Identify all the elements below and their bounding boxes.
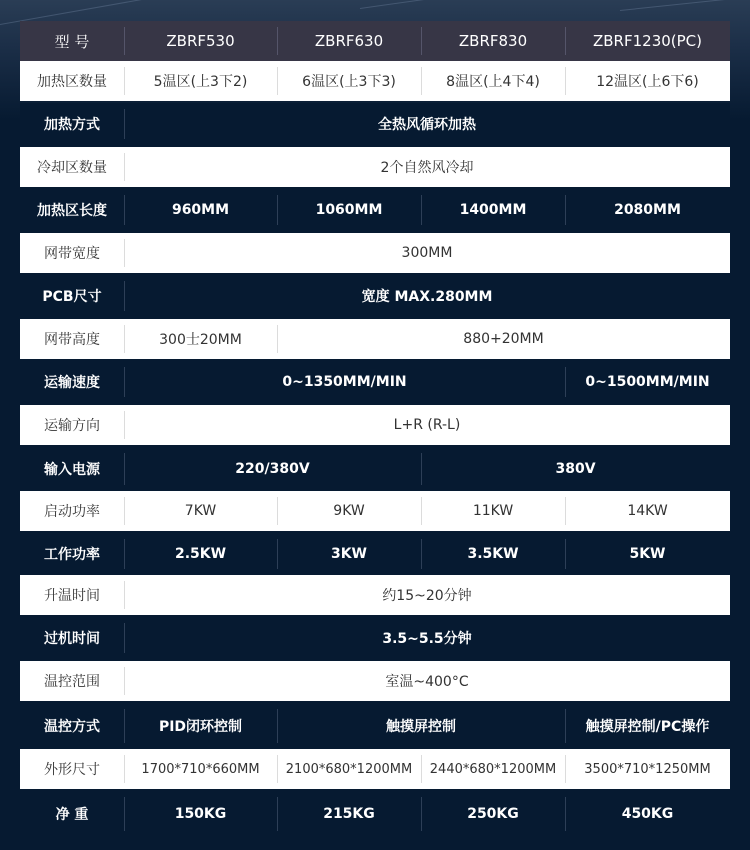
row-value: 9KW [277, 491, 421, 531]
row-value: 1060MM [277, 189, 421, 231]
row-value: 880+20MM [277, 319, 730, 359]
row-label: 加热区数量 [20, 61, 124, 101]
row-value: 450KG [565, 791, 730, 837]
row-value: 2080MM [565, 189, 730, 231]
table-row: 升温时间 约15~20分钟 [20, 575, 730, 615]
table-row: PCB尺寸 宽度 MAX.280MM [20, 275, 730, 317]
row-label: 温控方式 [20, 703, 124, 749]
row-label: 运输方向 [20, 405, 124, 445]
table-row: 网带宽度 300MM [20, 233, 730, 273]
row-value: PID闭环控制 [124, 703, 277, 749]
row-value: 宽度 MAX.280MM [124, 275, 730, 317]
row-value: L+R (R-L) [124, 405, 730, 445]
row-value: 3KW [277, 533, 421, 575]
table-row: 工作功率 2.5KW 3KW 3.5KW 5KW [20, 533, 730, 575]
row-value: 14KW [565, 491, 730, 531]
row-label: PCB尺寸 [20, 275, 124, 317]
row-value: 8温区(上4下4) [421, 61, 565, 101]
header-model: ZBRF530 [124, 21, 277, 61]
row-value: 2个自然风冷却 [124, 147, 730, 187]
row-value: 11KW [421, 491, 565, 531]
row-label: 冷却区数量 [20, 147, 124, 187]
row-value: 220/380V [124, 447, 421, 491]
row-value: 0~1350MM/MIN [124, 361, 565, 403]
row-value: 0~1500MM/MIN [565, 361, 730, 403]
row-label: 网带高度 [20, 319, 124, 359]
row-value: 6温区(上3下3) [277, 61, 421, 101]
table-header-row: 型 号 ZBRF530 ZBRF630 ZBRF830 ZBRF1230(PC) [20, 21, 730, 61]
table-row: 过机时间 3.5~5.5分钟 [20, 617, 730, 659]
table-row: 净 重 150KG 215KG 250KG 450KG [20, 791, 730, 837]
row-label: 加热区长度 [20, 189, 124, 231]
row-label: 网带宽度 [20, 233, 124, 273]
row-value: 2.5KW [124, 533, 277, 575]
table-row: 温控范围 室温~400°C [20, 661, 730, 701]
table-row: 温控方式 PID闭环控制 触摸屏控制 触摸屏控制/PC操作 [20, 703, 730, 749]
table-row: 输入电源 220/380V 380V [20, 447, 730, 491]
row-label: 净 重 [20, 791, 124, 837]
row-value: 触摸屏控制/PC操作 [565, 703, 730, 749]
row-label: 运输速度 [20, 361, 124, 403]
row-label: 升温时间 [20, 575, 124, 615]
row-value: 室温~400°C [124, 661, 730, 701]
row-value: 1700*710*660MM [124, 749, 277, 789]
row-label: 过机时间 [20, 617, 124, 659]
row-value: 5温区(上3下2) [124, 61, 277, 101]
row-value: 5KW [565, 533, 730, 575]
row-value: 300MM [124, 233, 730, 273]
row-label: 加热方式 [20, 103, 124, 145]
row-value: 7KW [124, 491, 277, 531]
row-label: 工作功率 [20, 533, 124, 575]
row-value: 2440*680*1200MM [421, 749, 565, 789]
table-row: 加热区数量 5温区(上3下2) 6温区(上3下3) 8温区(上4下4) 12温区… [20, 61, 730, 101]
row-value: 约15~20分钟 [124, 575, 730, 615]
row-value: 1400MM [421, 189, 565, 231]
header-model: ZBRF630 [277, 21, 421, 61]
row-value: 3.5KW [421, 533, 565, 575]
row-value: 全热风循环加热 [124, 103, 730, 145]
table-row: 外形尺寸 1700*710*660MM 2100*680*1200MM 2440… [20, 749, 730, 789]
row-value: 150KG [124, 791, 277, 837]
spec-table: 型 号 ZBRF530 ZBRF630 ZBRF830 ZBRF1230(PC)… [20, 21, 730, 837]
row-value: 3500*710*1250MM [565, 749, 730, 789]
header-model: ZBRF830 [421, 21, 565, 61]
header-label: 型 号 [20, 21, 124, 61]
row-label: 启动功率 [20, 491, 124, 531]
row-value: 3.5~5.5分钟 [124, 617, 730, 659]
table-row: 运输速度 0~1350MM/MIN 0~1500MM/MIN [20, 361, 730, 403]
row-value: 2100*680*1200MM [277, 749, 421, 789]
table-row: 冷却区数量 2个自然风冷却 [20, 147, 730, 187]
row-value: 300士20MM [124, 319, 277, 359]
row-label: 输入电源 [20, 447, 124, 491]
row-value: 380V [421, 447, 730, 491]
table-row: 启动功率 7KW 9KW 11KW 14KW [20, 491, 730, 531]
table-row: 加热区长度 960MM 1060MM 1400MM 2080MM [20, 189, 730, 231]
row-label: 温控范围 [20, 661, 124, 701]
row-value: 960MM [124, 189, 277, 231]
row-value: 触摸屏控制 [277, 703, 565, 749]
table-row: 运输方向 L+R (R-L) [20, 405, 730, 445]
row-value: 12温区(上6下6) [565, 61, 730, 101]
header-model: ZBRF1230(PC) [565, 21, 730, 61]
table-row: 加热方式 全热风循环加热 [20, 103, 730, 145]
row-value: 250KG [421, 791, 565, 837]
table-row: 网带高度 300士20MM 880+20MM [20, 319, 730, 359]
row-label: 外形尺寸 [20, 749, 124, 789]
row-value: 215KG [277, 791, 421, 837]
